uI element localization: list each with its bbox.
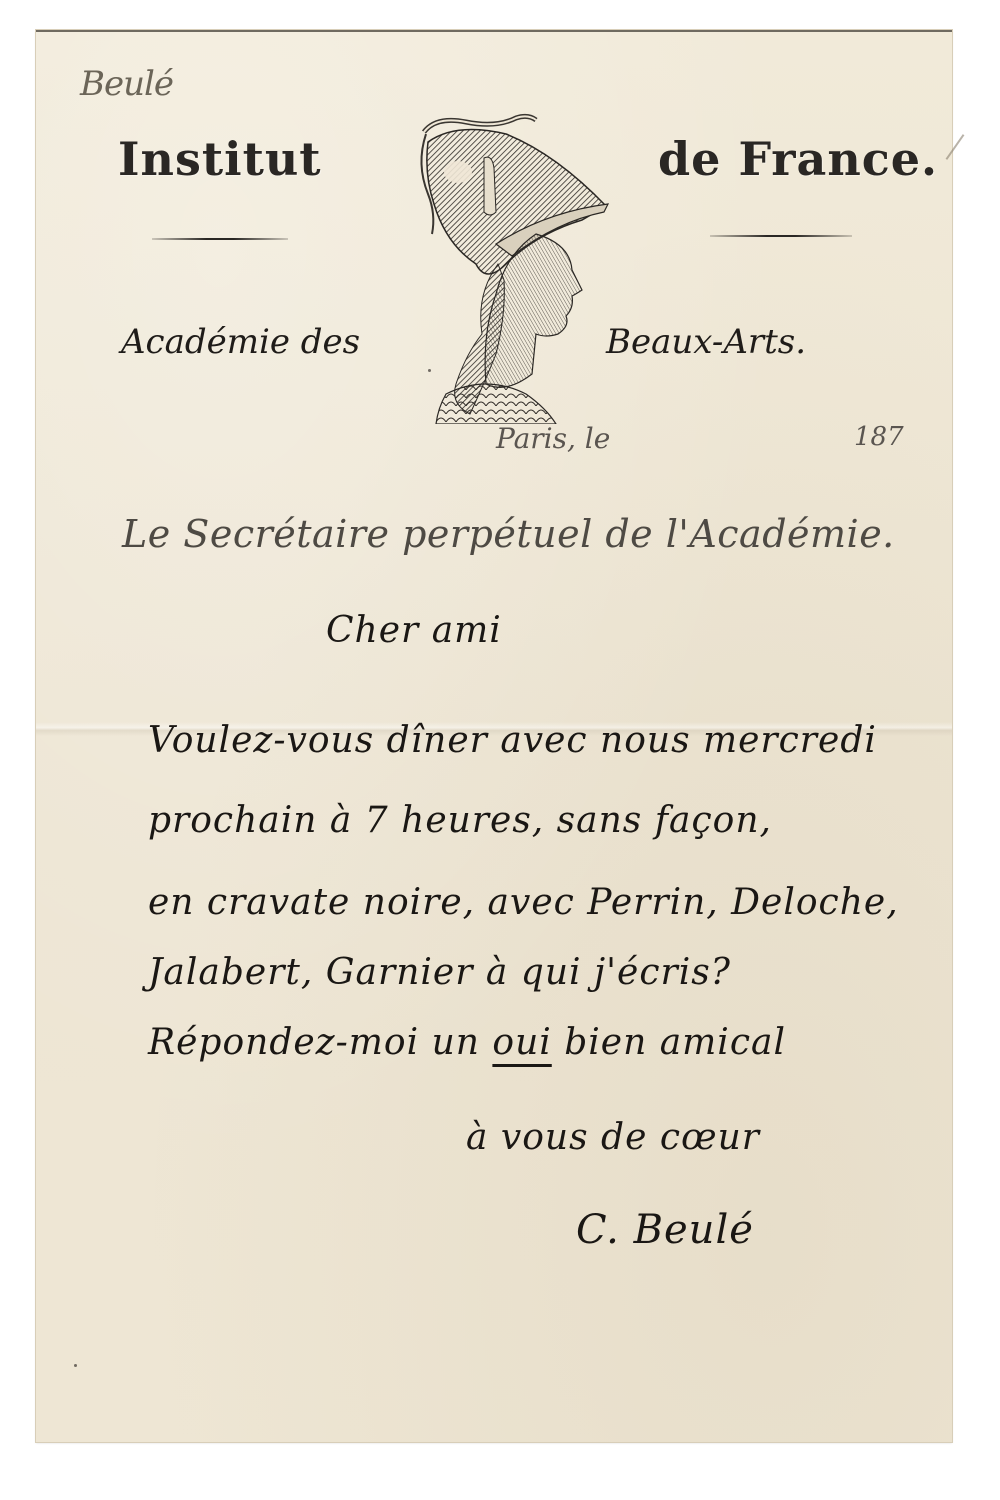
body-line-3: en cravate noire, avec Perrin, Deloche, (148, 882, 899, 923)
signature: C. Beulé (576, 1207, 754, 1253)
sender-line: Le Secrétaire perpétuel de l'Académie. (122, 512, 895, 556)
body-line-5-after: bien amical (552, 1022, 786, 1063)
closing: à vous de cœur (466, 1117, 760, 1158)
letterhead-subtitle-left: Académie des (121, 322, 360, 362)
pencil-annotation: Beulé (80, 64, 173, 104)
letterhead-subtitle-right: Beaux-Arts. (606, 322, 806, 362)
minerva-helmet-emblem-icon (386, 94, 636, 424)
pencil-mark (946, 134, 965, 160)
underlined-oui: oui (492, 1022, 551, 1063)
year-prefix: 187 (854, 422, 904, 452)
ink-speck (74, 1364, 77, 1367)
body-line-4: Jalabert, Garnier à qui j'écris? (148, 952, 731, 993)
body-line-5-before: Répondez-moi un (148, 1022, 492, 1063)
letterhead-title-right: de France. (658, 132, 938, 186)
letterhead-rule-right (710, 235, 852, 237)
letterhead-rule-left (152, 238, 288, 240)
ink-speck (428, 369, 431, 372)
body-line-5: Répondez-moi un oui bien amical (148, 1022, 786, 1063)
place-date-prefix: Paris, le (496, 422, 610, 455)
body-line-1: Voulez-vous dîner avec nous mercredi (148, 720, 877, 761)
body-line-2: prochain à 7 heures, sans façon, (148, 800, 772, 841)
letterhead-title-left: Institut (118, 132, 322, 186)
salutation: Cher ami (326, 610, 502, 651)
letter-sheet: Beulé Institut de France. (36, 30, 952, 1442)
